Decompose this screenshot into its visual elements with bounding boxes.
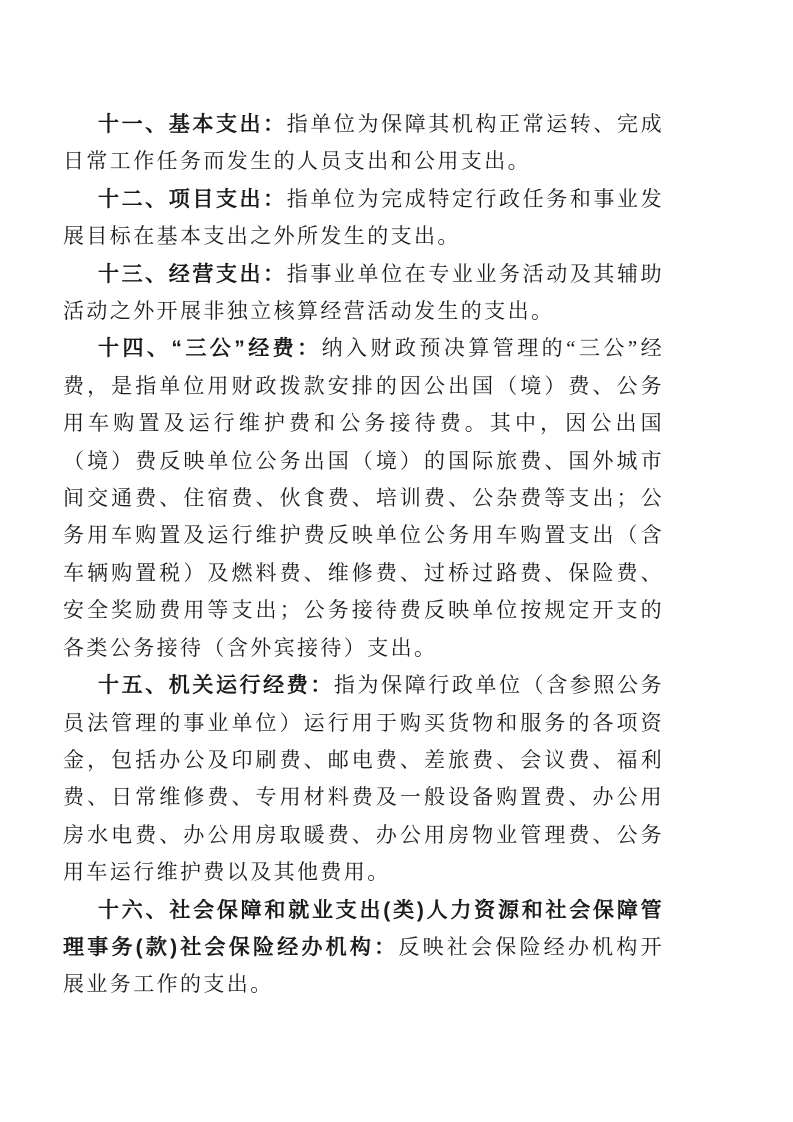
paragraph-lead: 十一、基本支出： <box>98 113 287 136</box>
paragraph-item-11-basic-expenditure: 十一、基本支出：指单位为保障其机构正常运转、完成日常工作任务而发生的人员支出和公… <box>63 106 664 181</box>
paragraph-body: 指为保障行政单位（含参照公务员法管理的事业单位）运行用于购买货物和服务的各项资金… <box>63 673 664 884</box>
document-page: 十一、基本支出：指单位为保障其机构正常运转、完成日常工作任务而发生的人员支出和公… <box>0 0 793 1122</box>
paragraph-item-15-agency-operation-funds: 十五、机关运行经费：指为保障行政单位（含参照公务员法管理的事业单位）运行用于购买… <box>63 667 664 891</box>
paragraph-lead: 十四、“三公”经费： <box>98 337 322 360</box>
paragraph-lead: 十五、机关运行经费： <box>98 674 334 697</box>
document-text-block: 十一、基本支出：指单位为保障其机构正常运转、完成日常工作任务而发生的人员支出和公… <box>63 106 664 1004</box>
paragraph-item-14-three-public-funds: 十四、“三公”经费：纳入财政预决算管理的“三公”经费，是指单位用财政拨款安排的因… <box>63 330 664 667</box>
paragraph-item-12-project-expenditure: 十二、项目支出：指单位为完成特定行政任务和事业发展目标在基本支出之外所发生的支出… <box>63 181 664 256</box>
paragraph-lead: 十二、项目支出： <box>98 188 287 211</box>
paragraph-item-13-operating-expenditure: 十三、经营支出：指事业单位在专业业务活动及其辅助活动之外开展非独立核算经营活动发… <box>63 256 664 331</box>
paragraph-lead: 十三、经营支出： <box>98 263 287 286</box>
paragraph-item-16-social-security-expenditure: 十六、社会保障和就业支出(类)人力资源和社会保障管理事务(款)社会保险经办机构：… <box>63 892 664 1004</box>
paragraph-body: 纳入财政预决算管理的“三公”经费，是指单位用财政拨款安排的因公出国（境）费、公务… <box>63 336 664 659</box>
